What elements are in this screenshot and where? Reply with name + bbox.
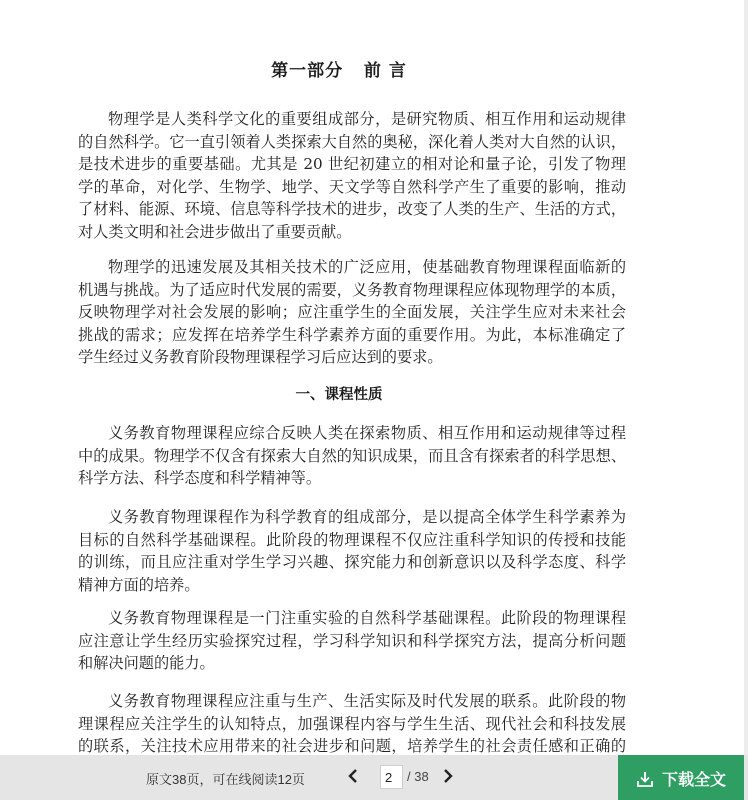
- paragraph-line: 理课程应关注学生的认知特点，加强课程内容与学生生活、现代社会和科技发展: [78, 713, 626, 736]
- previous-page-button[interactable]: [343, 764, 363, 788]
- paragraph-line: 中的成果。物理学不仅含有探索大自然的知识成果，而且含有探索者的科学思想、: [78, 445, 626, 468]
- paragraph-line: 了材料、能源、环境、信息等科学技术的进步，改变了人类的生产、生活的方式，: [78, 198, 626, 221]
- download-full-text-button[interactable]: 下载全文: [618, 755, 744, 800]
- paragraph-line: 的自然科学。它一直引领着人类探索大自然的奥秘，深化着人类对大自然的认识，: [78, 131, 626, 154]
- download-label: 下载全文: [662, 767, 726, 790]
- paragraph-course-nature-1: 义务教育物理课程应综合反映人类在探索物质、相互作用和运动规律等过程中的成果。物理…: [78, 422, 626, 490]
- paragraph-line: 的训练，而且应注重对学生学习兴趣、探究能力和创新意识以及科学态度、科学: [78, 551, 626, 574]
- paragraph-line: 学的革命，对化学、生物学、地学、天文学等自然科学产生了重要的影响，推动: [78, 176, 626, 199]
- paragraph-course-nature-3: 义务教育物理课程是一门注重实验的自然科学基础课程。此阶段的物理课程应注意让学生经…: [78, 607, 626, 675]
- paragraph-line: 物理学的迅速发展及其相关技术的广泛应用，使基础教育物理课程面临新的: [78, 256, 626, 279]
- paragraph-line: 义务教育物理课程应注重与生产、生活实际及时代发展的联系。此阶段的物: [78, 690, 626, 713]
- next-page-button[interactable]: [438, 764, 458, 788]
- total-pages-label: / 38: [407, 769, 429, 784]
- page-number-input[interactable]: [380, 765, 403, 789]
- paragraph-line: 物理学是人类科学文化的重要组成部分，是研究物质、相互作用和运动规律: [78, 108, 626, 131]
- paragraph-line: 机遇与挑战。为了适应时代发展的需要，义务教育物理课程应体现物理学的本质，: [78, 279, 626, 302]
- paragraph-preface-1: 物理学是人类科学文化的重要组成部分，是研究物质、相互作用和运动规律的自然科学。它…: [78, 108, 626, 244]
- paragraph-line: 科学方法、科学态度和科学精神等。: [78, 467, 626, 490]
- paragraph-line: 和解决问题的能力。: [78, 652, 626, 675]
- pages-info-text: 原文38页，可在线阅读12页: [146, 769, 305, 788]
- paragraph-line: 义务教育物理课程是一门注重实验的自然科学基础课程。此阶段的物理课程: [78, 607, 626, 630]
- paragraph-course-nature-2: 义务教育物理课程作为科学教育的组成部分，是以提高全体学生科学素养为目标的自然科学…: [78, 506, 626, 596]
- paragraph-line: 反映物理学对社会发展的影响；应注重学生的全面发展，关注学生应对未来社会: [78, 301, 626, 324]
- paragraph-line: 义务教育物理课程应综合反映人类在探索物质、相互作用和运动规律等过程: [78, 422, 626, 445]
- chevron-left-icon: [348, 769, 358, 783]
- chevron-right-icon: [443, 769, 453, 783]
- reader-toolbar: 原文38页，可在线阅读12页 / 38 下载全文: [0, 755, 748, 800]
- paragraph-line: 是技术进步的重要基础。尤其是 20 世纪初建立的相对论和量子论，引发了物理: [78, 153, 626, 176]
- paragraph-line: 精神方面的培养。: [78, 574, 626, 597]
- paragraph-line: 义务教育物理课程作为科学教育的组成部分，是以提高全体学生科学素养为: [78, 506, 626, 529]
- paragraph-course-nature-4: 义务教育物理课程应注重与生产、生活实际及时代发展的联系。此阶段的物理课程应关注学…: [78, 690, 626, 758]
- section-heading-course-nature: 一、课程性质: [0, 383, 678, 404]
- document-page: 第一部分 前 言 物理学是人类科学文化的重要组成部分，是研究物质、相互作用和运动…: [0, 0, 744, 800]
- paragraph-preface-2: 物理学的迅速发展及其相关技术的广泛应用，使基础教育物理课程面临新的机遇与挑战。为…: [78, 256, 626, 369]
- scrollbar-track[interactable]: [744, 0, 748, 800]
- paragraph-line: 应注意让学生经历实验探究过程，学习科学知识和科学探究方法，提高分析问题: [78, 630, 626, 653]
- paragraph-line: 挑战的需求；应发挥在培养学生科学素养方面的重要作用。为此，本标准确定了: [78, 324, 626, 347]
- paragraph-line: 学生经过义务教育阶段物理课程学习后应达到的要求。: [78, 346, 626, 369]
- paragraph-line: 目标的自然科学基础课程。此阶段的物理课程不仅应注重科学知识的传授和技能: [78, 529, 626, 552]
- page-title: 第一部分 前 言: [0, 56, 678, 81]
- paragraph-line: 对人类文明和社会进步做出了重要贡献。: [78, 221, 626, 244]
- download-icon: [636, 770, 654, 788]
